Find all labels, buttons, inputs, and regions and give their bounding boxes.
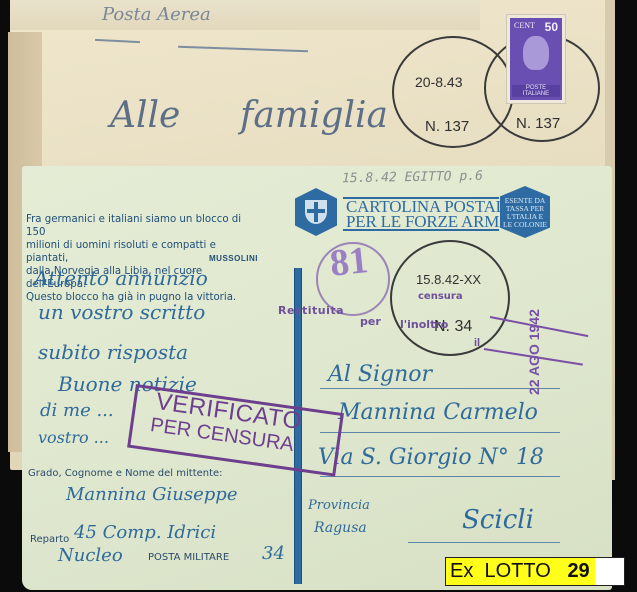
returned-stamp-word: l'inoltro [400, 318, 448, 331]
envelope-postmark-left-office: N. 137 [425, 118, 469, 135]
message-line: un vostro scritto [38, 300, 205, 324]
envelope-address-famiglia: famiglia [240, 95, 388, 136]
lot-prefix: Ex LOTTO [450, 560, 551, 582]
exempt-line: LE COLONIE [500, 221, 550, 229]
propaganda-author: MUSSOLINI [209, 254, 258, 263]
address-line [408, 542, 560, 543]
message-line: vostro ... [38, 428, 109, 447]
posta-militare-number: 34 [262, 543, 285, 564]
address-line [320, 476, 560, 477]
returned-stamp-word: il [474, 337, 480, 349]
nucleo-text: Nucleo [58, 545, 123, 566]
province-label: Provincia [308, 498, 370, 513]
sender-label: Grado, Cognome e Nome del mittente: [28, 468, 223, 479]
reparto-value: 45 Comp. Idrici [74, 522, 216, 543]
envelope-postmark-right-office: N. 137 [516, 115, 560, 132]
address-line [320, 388, 560, 389]
address-line [320, 432, 560, 433]
lot-label: Ex LOTTO 29 [445, 557, 625, 586]
posta-militare-label: POSTA MILITARE [148, 552, 229, 563]
arrival-date-stamp: 22 AGO 1942 [526, 309, 542, 395]
recipient-street: Via S. Giorgio N° 18 [318, 445, 544, 470]
returned-stamp-word: Restituita [278, 304, 344, 317]
envelope-top-note: Posta Aerea [102, 4, 211, 25]
censor-number: 81 [328, 238, 370, 286]
sender-name: Mannina Giuseppe [66, 484, 237, 505]
stamp-portrait-icon [523, 36, 549, 70]
lot-number: 29 [567, 560, 589, 582]
card-postmark-date: 15.8.42-XX [416, 272, 481, 287]
recipient-name: Mannina Carmelo [338, 400, 538, 425]
stamp-value: 50 [545, 20, 558, 34]
reparto-label: Reparto [30, 534, 69, 545]
envelope-flap [10, 0, 480, 30]
returned-stamp-word: censura [418, 291, 463, 302]
stamp-currency: CENT [514, 21, 535, 30]
message-line: subito risposta [38, 340, 188, 364]
envelope-address-alle: Alle [110, 95, 180, 136]
message-line: di me ... [40, 400, 114, 421]
recipient-salutation: Al Signor [328, 362, 432, 387]
stamp-caption: POSTE ITALIANE [512, 85, 560, 97]
lot-label-text: Ex LOTTO 29 [450, 560, 590, 583]
pencil-note: 15.8.42 EGITTO p.6 [342, 169, 483, 186]
message-line: Attento annunzio [34, 266, 208, 290]
postage-stamp: CENT 50 POSTE ITALIANE [507, 15, 565, 103]
recipient-city: Scicli [462, 505, 534, 535]
returned-stamp-word: per [360, 315, 381, 328]
propaganda-line: Fra germanici e italiani siamo un blocco… [26, 213, 256, 239]
envelope-postmark-left-date: 20-8.43 [415, 74, 462, 90]
tax-exempt-text: ESENTE DA TASSA PER L'ITALIA E LE COLONI… [500, 197, 550, 229]
recipient-province: Ragusa [314, 520, 367, 536]
